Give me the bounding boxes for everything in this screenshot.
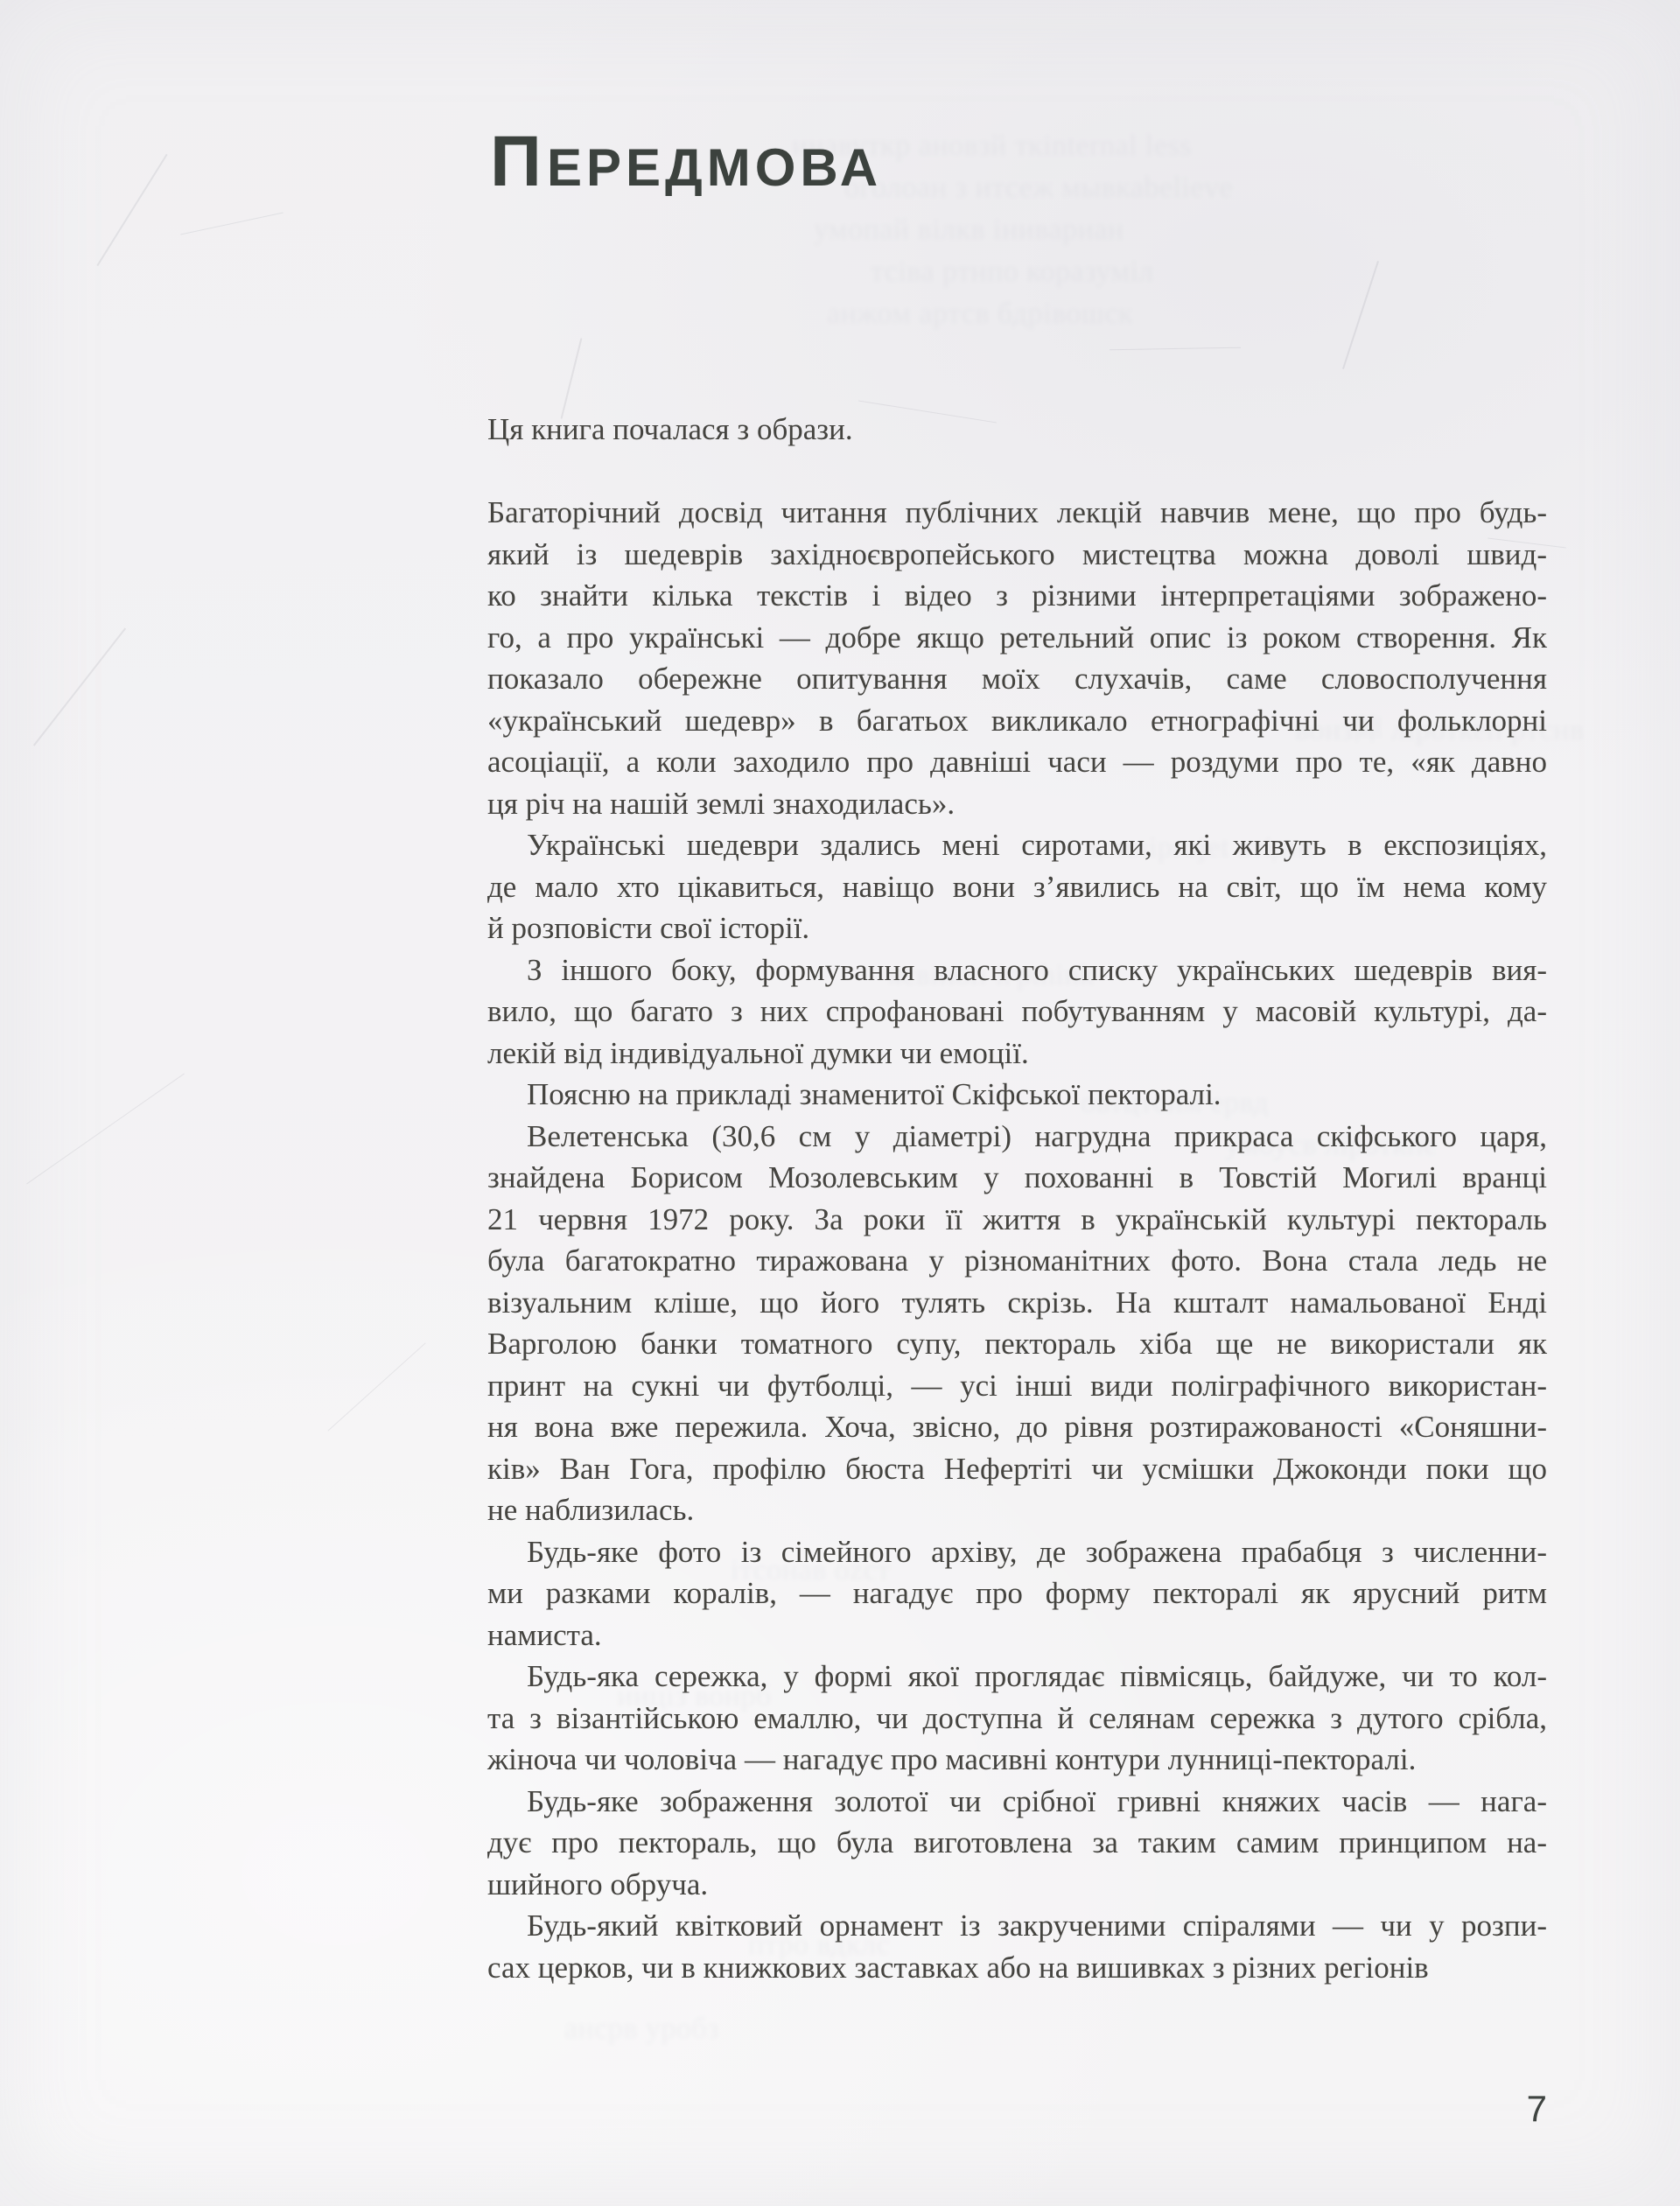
text-line: Ця книга почалася з образи. xyxy=(487,409,1547,451)
text-line: Поясню на прикладі знаменитої Скіфської … xyxy=(487,1074,1547,1116)
text-line: Велетенська (30,6 см у діаметрі) нагрудн… xyxy=(487,1116,1547,1158)
text-line: візуальним кліше, що його тулять скрізь.… xyxy=(487,1282,1547,1324)
text-line: знайдена Борисом Мозолевським у похованн… xyxy=(487,1157,1547,1199)
text-line: дує про пектораль, що була виготовлена з… xyxy=(487,1822,1547,1864)
text-line: Багаторічний досвід читання публічних ле… xyxy=(487,492,1547,534)
text-line: З іншого боку, формування власного списк… xyxy=(487,949,1547,991)
text-line: де мало хто цікавиться, навіщо вони з’яв… xyxy=(487,866,1547,908)
body-text-column: Ця книга почалася з образи.Багаторічний … xyxy=(487,409,1547,1988)
chapter-title-initial: П xyxy=(490,122,547,201)
text-line: Будь-яке фото із сімейного архіву, де зо… xyxy=(487,1531,1547,1573)
book-page-scan: { "page": { "heading": { "initial": "П",… xyxy=(0,0,1680,2206)
text-line: який із шедеврів західноєвропейського ми… xyxy=(487,534,1547,576)
text-line: жіноча чи чоловіча — нагадує про масивні… xyxy=(487,1739,1547,1781)
text-line: асоціації, а коли заходило про давніші ч… xyxy=(487,741,1547,783)
text-line: ня вона вже пережила. Хоча, звісно, до р… xyxy=(487,1406,1547,1448)
text-line: принт на сукні чи футболці, — усі інші в… xyxy=(487,1365,1547,1407)
text-line: ків» Ван Гога, профілю бюста Нефертіті ч… xyxy=(487,1448,1547,1490)
text-line: 21 червня 1972 року. За роки її життя в … xyxy=(487,1199,1547,1241)
chapter-title-rest: ередмова xyxy=(547,138,882,197)
text-line: сах церков, чи в книжкових заставках або… xyxy=(487,1947,1547,1989)
text-line: Будь-який квітковий орнамент із закручен… xyxy=(487,1905,1547,1947)
text-line: показало обережне опитування моїх слухач… xyxy=(487,658,1547,700)
text-line: лекій від індивідуальної думки чи емоції… xyxy=(487,1033,1547,1075)
text-line: ко знайти кілька текстів і відео з різни… xyxy=(487,575,1547,617)
page-number: 7 xyxy=(487,2088,1547,2130)
text-line: го, а про українські — добре якщо ретель… xyxy=(487,617,1547,659)
text-line: та з візантійською емаллю, чи доступна й… xyxy=(487,1698,1547,1740)
text-line: Варголою банки томатного супу, пектораль… xyxy=(487,1323,1547,1365)
text-line: «український шедевр» в багатьох викликал… xyxy=(487,700,1547,742)
text-line: Будь-яка сережка, у формі якої проглядає… xyxy=(487,1656,1547,1698)
text-line: не наблизилась. xyxy=(487,1489,1547,1531)
text-line: була багатократно тиражована у різномані… xyxy=(487,1240,1547,1282)
text-line: намиста. xyxy=(487,1614,1547,1656)
text-line: й розповісти свої історії. xyxy=(487,907,1547,949)
text-line: ця річ на нашій землі знаходилась». xyxy=(487,783,1547,825)
chapter-title: Передмова xyxy=(490,126,882,198)
text-line: шийного обруча. xyxy=(487,1864,1547,1906)
text-line: Будь-яке зображення золотої чи срібної г… xyxy=(487,1781,1547,1823)
text-line: ми разками коралів, — нагадує про форму … xyxy=(487,1572,1547,1614)
text-line: вило, що багато з них спрофановані побут… xyxy=(487,991,1547,1033)
text-line: Українські шедеври здались мені сиротами… xyxy=(487,824,1547,866)
